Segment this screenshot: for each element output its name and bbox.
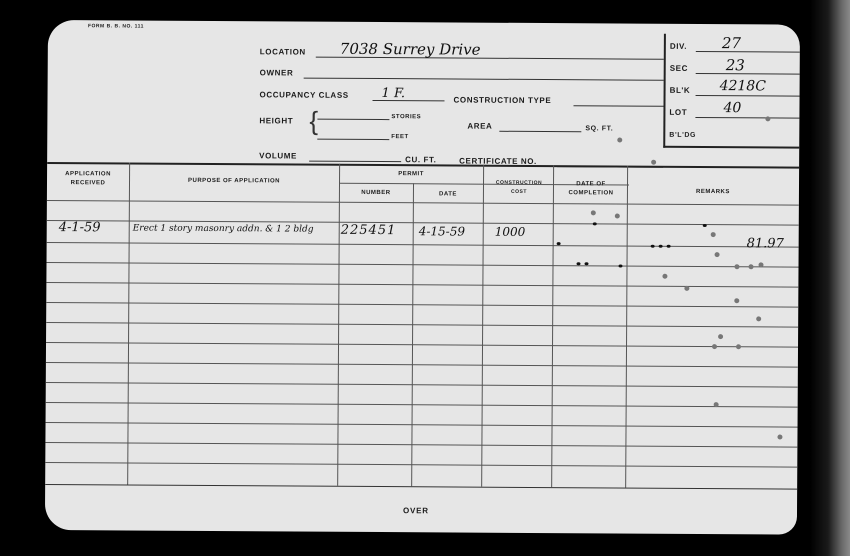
lot-value: 40: [723, 100, 741, 116]
punch-mark: [651, 160, 656, 165]
permit-record-card: FORM B. B. NO. 111 LOCATION 7038 Surrey …: [45, 20, 800, 535]
punch-mark: [703, 224, 707, 227]
cell-permit-date: 4-15-59: [419, 224, 465, 238]
punch-mark: [684, 286, 689, 291]
punch-mark: [736, 344, 741, 349]
blk-label: BL'K: [670, 86, 691, 95]
punch-mark: [662, 274, 667, 279]
punch-mark: [618, 264, 622, 267]
feet-label: FEET: [391, 134, 408, 140]
table-row: 4-1-59 Erect 1 story masonry addn. & 1 2…: [47, 220, 799, 247]
punch-mark: [651, 245, 655, 248]
cell-remarks: 81.97: [747, 236, 784, 251]
lot-label: LOT: [669, 108, 687, 117]
punch-mark: [765, 116, 770, 121]
punch-mark: [734, 264, 739, 269]
punch-mark: [734, 298, 739, 303]
cell-purpose: Erect 1 story masonry addn. & 1 2 bldg: [133, 224, 314, 235]
header-bottom-rule: [47, 200, 799, 206]
bldg-label: B'L'DG: [669, 132, 696, 139]
punch-mark: [617, 137, 622, 142]
sec-line: [696, 73, 800, 75]
punch-mark: [557, 242, 561, 245]
scan-edge-shadow: [810, 0, 850, 556]
header-construction-cost: CONSTRUCTION COST: [493, 179, 545, 197]
header-permit: PERMIT: [339, 170, 483, 180]
volume-line: [309, 161, 401, 163]
owner-label: OWNER: [260, 68, 294, 77]
permit-table: APPLICATION RECEIVED PURPOSE OF APPLICAT…: [45, 162, 799, 497]
area-line: [499, 131, 581, 133]
header-remarks: REMARKS: [627, 188, 799, 198]
lot-line: [695, 117, 800, 119]
punch-mark: [714, 402, 719, 407]
punch-mark: [715, 252, 720, 257]
construction-type-label: CONSTRUCTION TYPE: [453, 95, 551, 105]
punch-mark: [718, 334, 723, 339]
cell-construction-cost: 1000: [495, 225, 526, 239]
form-number: FORM B. B. NO. 111: [88, 23, 144, 29]
punch-mark: [712, 344, 717, 349]
punch-mark: [667, 245, 671, 248]
height-label: HEIGHT: [259, 116, 293, 125]
owner-line: [304, 78, 664, 81]
punch-mark: [577, 262, 581, 265]
blk-value: 4218C: [720, 78, 766, 94]
header-purpose: PURPOSE OF APPLICATION: [129, 176, 339, 186]
punch-mark: [593, 222, 597, 225]
stories-line: [317, 119, 389, 120]
cell-permit-number: 225451: [341, 223, 397, 238]
location-value: 7038 Surrey Drive: [340, 40, 481, 59]
punch-mark: [659, 245, 663, 248]
div-label: DIV.: [670, 42, 687, 51]
header-permit-number: NUMBER: [339, 189, 413, 198]
header-date-of-completion: DATE OF COMPLETION: [561, 180, 621, 198]
punch-mark: [585, 262, 589, 265]
sec-value: 23: [726, 56, 745, 74]
occupancy-class-value: 1 F.: [382, 86, 406, 101]
sec-label: SEC: [670, 64, 688, 73]
punch-mark: [591, 210, 596, 215]
punch-mark: [756, 316, 761, 321]
height-brace: {: [309, 108, 318, 134]
volume-unit: CU. FT.: [405, 155, 436, 164]
blk-line: [696, 95, 800, 97]
div-line: [696, 51, 800, 53]
area-label: AREA: [467, 122, 492, 131]
punch-mark: [748, 264, 753, 269]
location-label: LOCATION: [260, 47, 306, 56]
punch-mark: [759, 262, 764, 267]
footer-over: OVER: [403, 506, 429, 515]
stories-label: STORIES: [391, 114, 421, 120]
area-unit: SQ. FT.: [585, 125, 613, 132]
cell-application-received: 4-1-59: [59, 220, 101, 235]
header-application-received: APPLICATION RECEIVED: [47, 170, 129, 189]
lot-info-box: DIV. 27 SEC 23 BL'K 4218C LOT 40 B'L'DG: [663, 34, 800, 149]
volume-label: VOLUME: [259, 151, 297, 160]
construction-type-line: [573, 105, 663, 107]
div-value: 27: [722, 34, 741, 52]
punch-mark: [711, 232, 716, 237]
punch-mark: [777, 434, 782, 439]
header-permit-date: DATE: [413, 190, 483, 199]
punch-mark: [615, 213, 620, 218]
occupancy-class-label: OCCUPANCY CLASS: [260, 90, 349, 100]
feet-line: [317, 139, 389, 140]
